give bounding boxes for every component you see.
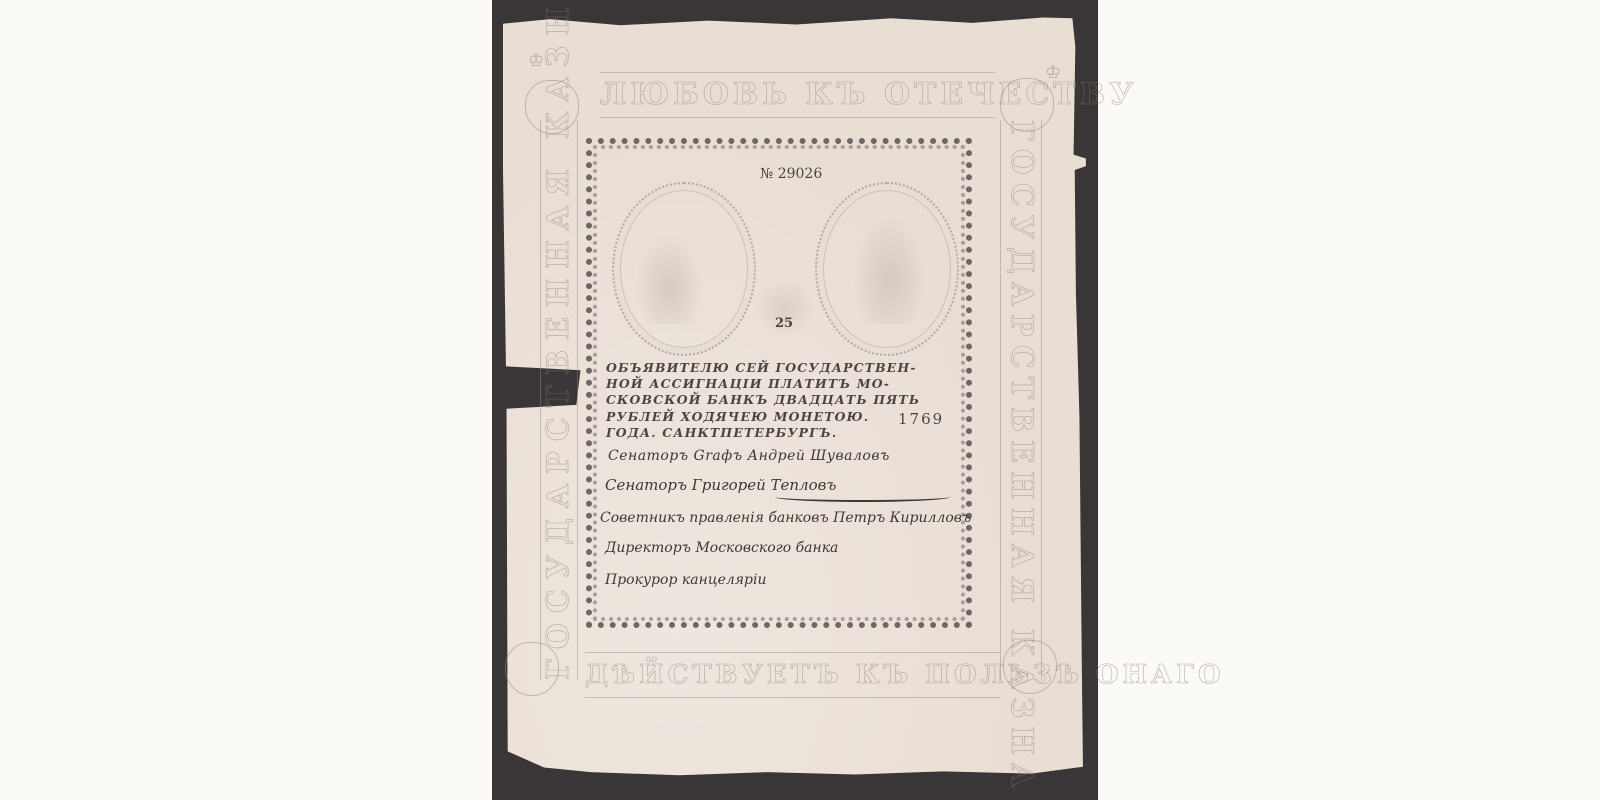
- signature-1: Сенаторъ Graфъ Андрей Шуваловъ: [608, 448, 890, 464]
- watermark-top: ЛЮБОВЬ КЪ ОТЕЧЕСТВУ: [600, 72, 995, 118]
- watermark-bottom: ДѢЙСТВУЕТЪ КЪ ПОЛЬЗѢ ОНАГО: [585, 652, 1000, 698]
- denomination-mark: 25: [775, 316, 793, 331]
- printed-line: ной ассигнаціи платитъ Мо-: [606, 376, 956, 392]
- signature-4: Директоръ Московского банка: [605, 540, 838, 556]
- printed-text: Объявителю сей государствен- ной ассигна…: [606, 360, 956, 441]
- year: 1769: [898, 410, 944, 428]
- watermark-right: ГОСУДАРСТВЕННАЯ КАЗНА: [1000, 120, 1042, 680]
- medallion-mountain-art: [852, 214, 927, 324]
- medallion-left: [612, 182, 756, 356]
- serial-number: № 29026: [760, 166, 822, 182]
- watermark-left: ГОСУДАРСТВЕННАЯ КАЗНА: [540, 120, 578, 680]
- medallion-right: [815, 182, 959, 356]
- signature-2: Сенаторъ Григорей Тепловъ: [605, 476, 836, 494]
- medallion-eagle-art: [634, 234, 704, 324]
- signature-5: Прокурор канцеляріи: [605, 572, 767, 588]
- printed-line: сковской банкъ двадцать пять: [606, 392, 956, 408]
- signature-3: Советникъ правленія банковъ Петръ Кирилл…: [600, 510, 971, 526]
- printed-line: Объявителю сей государствен-: [606, 360, 956, 376]
